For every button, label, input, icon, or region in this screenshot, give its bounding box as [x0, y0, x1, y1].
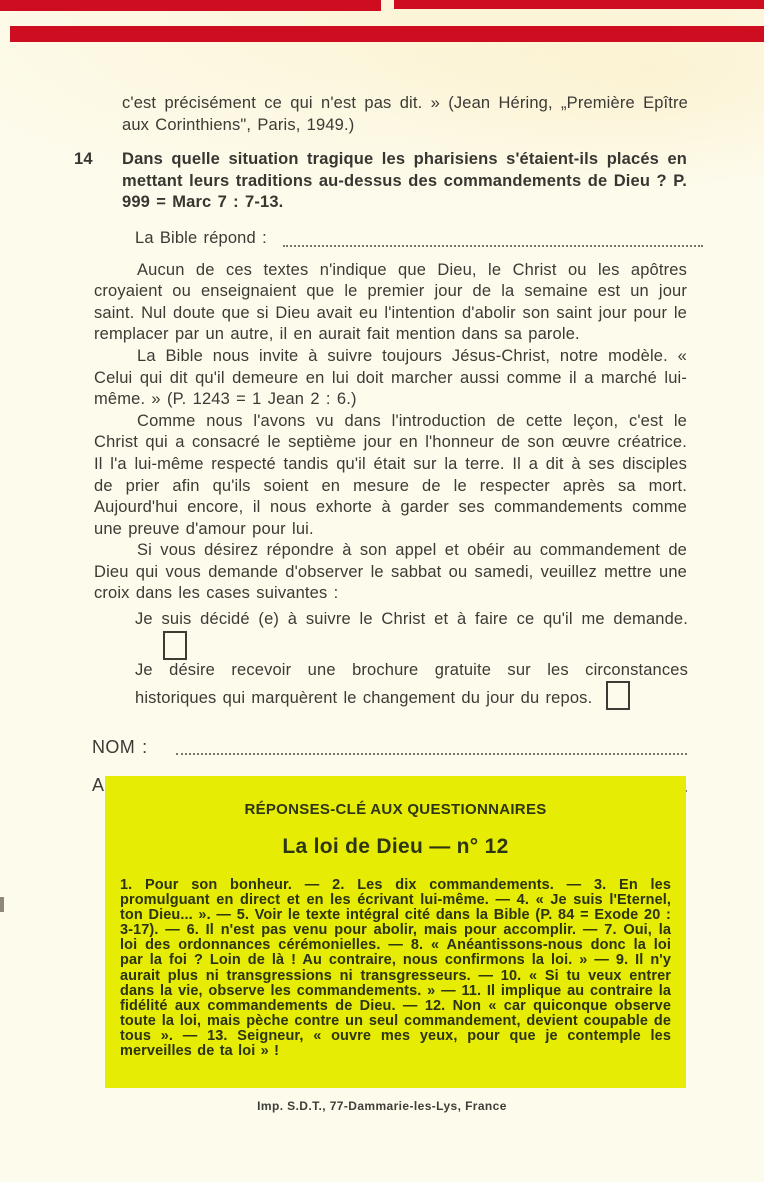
commitment-item: Je suis décidé (e) à suivre le Christ et…	[135, 609, 688, 660]
answers-box-subtitle: La loi de Dieu — n° 12	[118, 835, 673, 859]
commitment-text: Je suis décidé (e) à suivre le Christ et…	[135, 610, 688, 628]
question-number: 14	[74, 149, 93, 171]
commitment-checkbox[interactable]	[163, 631, 187, 660]
bible-answer-label: La Bible répond :	[135, 228, 267, 250]
name-input-line[interactable]	[176, 736, 688, 755]
paragraph: La Bible nous invite à suivre toujours J…	[94, 346, 687, 411]
brochure-text: Je désire recevoir une brochure gratuite…	[135, 661, 688, 708]
bible-answer-row: La Bible répond :	[135, 228, 705, 250]
name-label: NOM :	[92, 737, 148, 759]
main-text-column: c'est précisément ce qui n'est pas dit. …	[94, 93, 687, 796]
answers-box-body: 1. Pour son bonheur. — 2. Les dix comman…	[120, 878, 671, 1059]
brochure-item: Je désire recevoir une brochure gratuite…	[135, 660, 688, 711]
red-header-bar-top-left	[0, 0, 381, 11]
answers-box-title: RÉPONSES-CLÉ AUX QUESTIONNAIRES	[118, 801, 673, 818]
brochure-checkbox[interactable]	[606, 681, 630, 710]
answer-fill-in-line[interactable]	[283, 228, 703, 247]
commitment-section: Je suis décidé (e) à suivre le Christ et…	[135, 609, 688, 710]
paragraph: Si vous désirez répondre à son appel et …	[94, 540, 687, 605]
paragraph: Aucun de ces textes n'indique que Dieu, …	[94, 260, 687, 346]
red-header-bar-top-right	[394, 0, 764, 9]
question-14: 14 Dans quelle situation tragique les ph…	[94, 149, 687, 214]
answers-key-box: RÉPONSES-CLÉ AUX QUESTIONNAIRES La loi d…	[105, 776, 686, 1088]
page-edge-artifact	[0, 897, 4, 912]
question-text: Dans quelle situation tragique les phari…	[122, 149, 687, 214]
carryover-quote: c'est précisément ce qui n'est pas dit. …	[122, 93, 688, 136]
printer-imprint: Imp. S.D.T., 77-Dammarie-les-Lys, France	[0, 1099, 764, 1113]
name-field-row: NOM :	[92, 736, 687, 759]
red-header-bar-second	[10, 26, 764, 42]
scanned-document-page: c'est précisément ce qui n'est pas dit. …	[0, 0, 764, 1182]
paragraph: Comme nous l'avons vu dans l'introductio…	[94, 411, 687, 541]
